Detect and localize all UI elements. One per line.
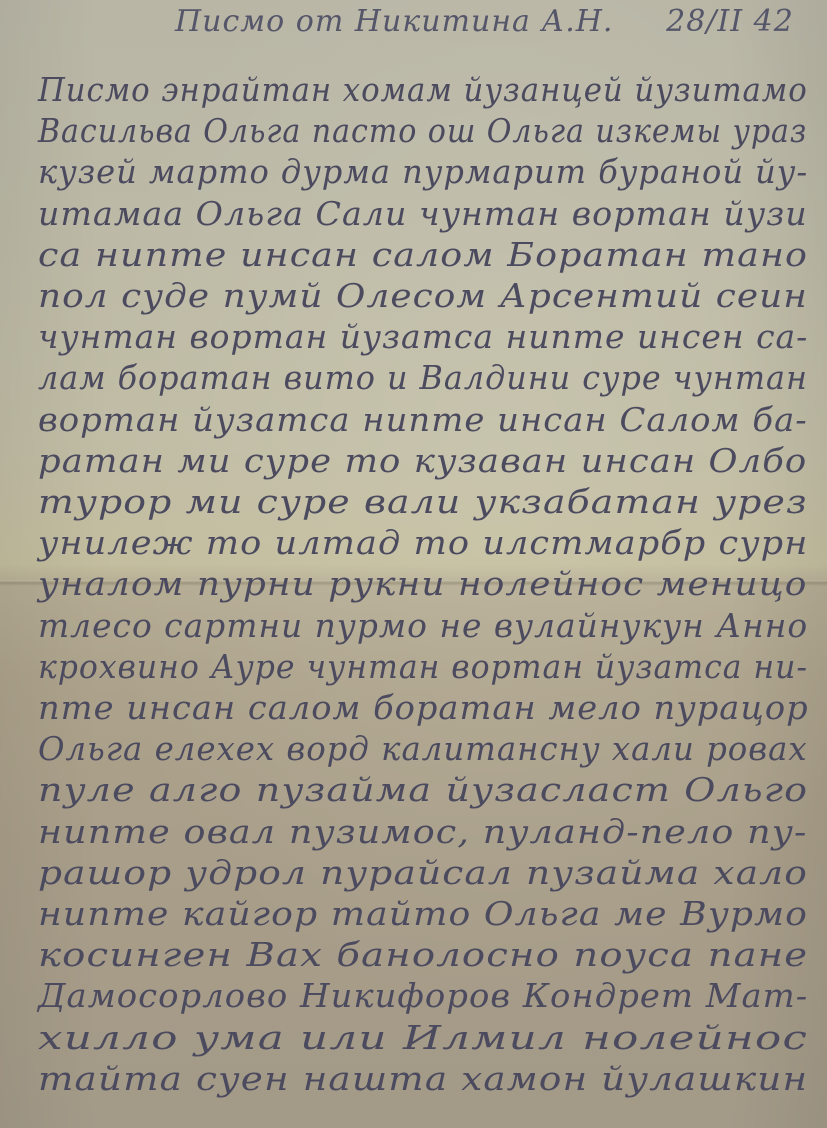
letter-line: рашор удрол пурайсал пузайма хало xyxy=(38,853,808,892)
letter-line: итамаа Ольга Сали чунтан вортан йузи xyxy=(38,194,808,233)
letter-line: чунтан вортан йузатса нипте инсен са- xyxy=(38,317,808,356)
letter-line: кузей марто дурма пурмарит бураной йу- xyxy=(38,152,808,191)
letter-line: Васильва Ольга пасто ош Ольга изкемы ура… xyxy=(38,111,807,150)
handwritten-letter: Писмо от Никитина А.Н. 28/II 42 Писмо эн… xyxy=(0,0,827,1128)
letter-line: тлесо сартни пурмо не вулайнукун Анно xyxy=(38,606,808,645)
letter-line: са нипте инсан салом Боратан тано xyxy=(38,235,808,274)
letter-line: пол суде пумй Олесом Арсентий сеин xyxy=(38,276,808,315)
letter-line: крохвино Ауре чунтан вортан йузатса ни- xyxy=(38,647,808,686)
letter-photo: Писмо от Никитина А.Н. 28/II 42 Писмо эн… xyxy=(0,0,827,1128)
letter-line: пуле алго пузайма йузасласт Ольго xyxy=(38,770,808,809)
letter-line: тайта суен нашта хамон йулашкин xyxy=(38,1059,808,1098)
letter-heading: Писмо от Никитина А.Н. 28/II 42 xyxy=(175,4,794,39)
letter-line: турор ми суре вали укзабатан урез xyxy=(38,482,808,521)
letter-line: нипте овал пузимос, пуланд-пело пу- xyxy=(38,812,807,851)
letter-line: уналом пурни рукни нолейнос меницо xyxy=(38,564,807,603)
letter-title: Писмо от Никитина А.Н. xyxy=(175,4,613,39)
letter-line: Ольга елехех ворд калитансну хали ровах xyxy=(38,729,808,768)
letter-date: 28/II 42 xyxy=(666,4,794,39)
letter-line: ратан ми суре то кузаван инсан Олбо xyxy=(38,441,807,480)
letter-line: пте инсан салом боратан мело пурацор xyxy=(38,688,809,727)
letter-line: вортан йузатса нипте инсан Салом ба- xyxy=(38,400,808,439)
letter-line: Писмо энрайтан хомам йузанцей йузитамо xyxy=(38,70,808,109)
letter-line: лам боратан вито и Валдини суре чунтан xyxy=(38,358,808,397)
letter-line: хилло ума или Илмил нолейнос xyxy=(38,1018,808,1057)
letter-line: косинген Вах банолосно поуса пане xyxy=(38,935,808,974)
letter-line: нипте кайгор тайто Ольга ме Вурмо xyxy=(38,894,808,933)
letter-line: унилеж то илтад то илстмарбр сурн xyxy=(38,523,808,562)
letter-line: Дамосорловo Никифоров Кондрет Мат- xyxy=(38,976,808,1015)
